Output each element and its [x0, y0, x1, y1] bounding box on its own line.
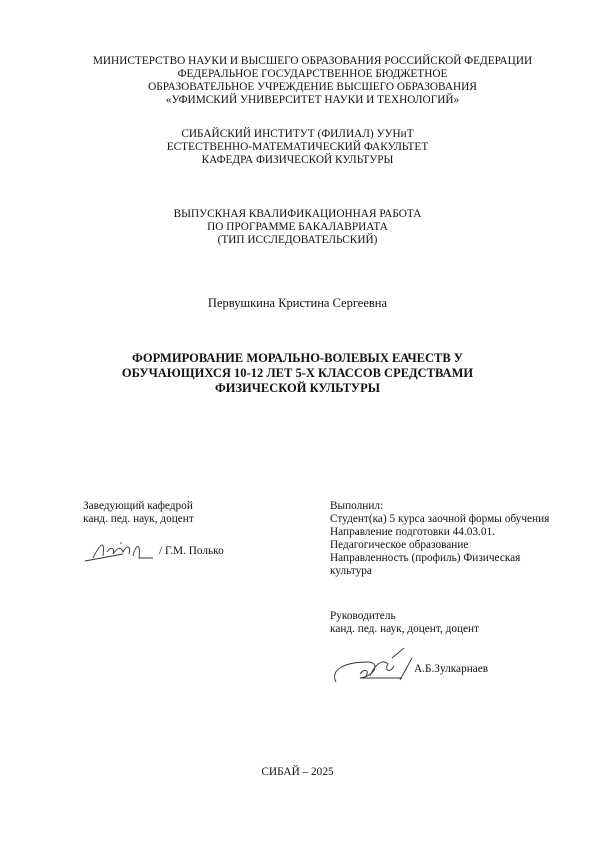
- head-degree: канд. пед. наук, доцент: [83, 513, 194, 526]
- performer-line: Направленность (профиль) Физическая: [330, 552, 549, 565]
- work-type-line: ВЫПУСКНАЯ КВАЛИФИКАЦИОННАЯ РАБОТА: [0, 208, 595, 221]
- header-line: «УФИМСКИЙ УНИВЕРСИТЕТ НАУКИ И ТЕХНОЛОГИЙ…: [30, 94, 595, 107]
- head-of-department-block: Заведующий кафедрой канд. пед. наук, доц…: [83, 500, 194, 566]
- supervisor-signature-row: А.Б.Зулкарнаев: [330, 646, 479, 686]
- work-type-line: ПО ПРОГРАММЕ БАКАЛАВРИАТА: [0, 221, 595, 234]
- author-name: Первушкина Кристина Сергеевна: [0, 297, 595, 310]
- supervisor-signature-name: А.Б.Зулкарнаев: [414, 663, 488, 675]
- signature-icon: [83, 536, 163, 566]
- city-year: СИБАЙ – 2025: [0, 766, 595, 779]
- head-role: Заведующий кафедрой: [83, 500, 194, 513]
- performer-line: Направление подготовки 44.03.01.: [330, 526, 549, 539]
- ministry-header: МИНИСТЕРСТВО НАУКИ И ВЫСШЕГО ОБРАЗОВАНИЯ…: [30, 55, 595, 107]
- performer-label: Выполнил:: [330, 500, 549, 513]
- title-line: ОБУЧАЮЩИХСЯ 10-12 ЛЕТ 5-Х КЛАССОВ СРЕДСТ…: [0, 366, 595, 381]
- work-type-block: ВЫПУСКНАЯ КВАЛИФИКАЦИОННАЯ РАБОТА ПО ПРО…: [0, 208, 595, 247]
- head-signature-name: / Г.М. Полько: [159, 545, 224, 557]
- performer-block: Выполнил: Студент(ка) 5 курса заочной фо…: [330, 500, 549, 578]
- header-line: ФЕДЕРАЛЬНОЕ ГОСУДАРСТВЕННОЕ БЮДЖЕТНОЕ: [30, 68, 595, 81]
- title-line: ФОРМИРОВАНИЕ МОРАЛЬНО-ВОЛЕВЫХ ЕАЧЕСТВ У: [0, 351, 595, 366]
- performer-line: Студент(ка) 5 курса заочной формы обучен…: [330, 513, 549, 526]
- city-year-text: СИБАЙ – 2025: [0, 766, 595, 779]
- institute-line: СИБАЙСКИЙ ИНСТИТУТ (ФИЛИАЛ) УУНиТ: [0, 128, 595, 141]
- head-signature-row: / Г.М. Полько: [83, 536, 194, 566]
- institute-line: ЕСТЕСТВЕННО-МАТЕМАТИЧЕСКИЙ ФАКУЛЬТЕТ: [0, 141, 595, 154]
- signature-icon: [330, 646, 415, 686]
- performer-line: Педагогическое образование: [330, 539, 549, 552]
- institute-line: КАФЕДРА ФИЗИЧЕСКОЙ КУЛЬТУРЫ: [0, 154, 595, 167]
- author-text: Первушкина Кристина Сергеевна: [0, 297, 595, 310]
- title-line: ФИЗИЧЕСКОЙ КУЛЬТУРЫ: [0, 381, 595, 396]
- supervisor-block: Руководитель канд. пед. наук, доцент, до…: [330, 610, 479, 686]
- performer-line: культура: [330, 565, 549, 578]
- supervisor-degree: канд. пед. наук, доцент, доцент: [330, 623, 479, 636]
- header-line: ОБРАЗОВАТЕЛЬНОЕ УЧРЕЖДЕНИЕ ВЫСШЕГО ОБРАЗ…: [30, 81, 595, 94]
- institute-block: СИБАЙСКИЙ ИНСТИТУТ (ФИЛИАЛ) УУНиТ ЕСТЕСТ…: [0, 128, 595, 167]
- header-line: МИНИСТЕРСТВО НАУКИ И ВЫСШЕГО ОБРАЗОВАНИЯ…: [30, 55, 595, 68]
- thesis-title: ФОРМИРОВАНИЕ МОРАЛЬНО-ВОЛЕВЫХ ЕАЧЕСТВ У …: [0, 351, 595, 396]
- work-type-line: (ТИП ИССЛЕДОВАТЕЛЬСКИЙ): [0, 234, 595, 247]
- supervisor-role: Руководитель: [330, 610, 479, 623]
